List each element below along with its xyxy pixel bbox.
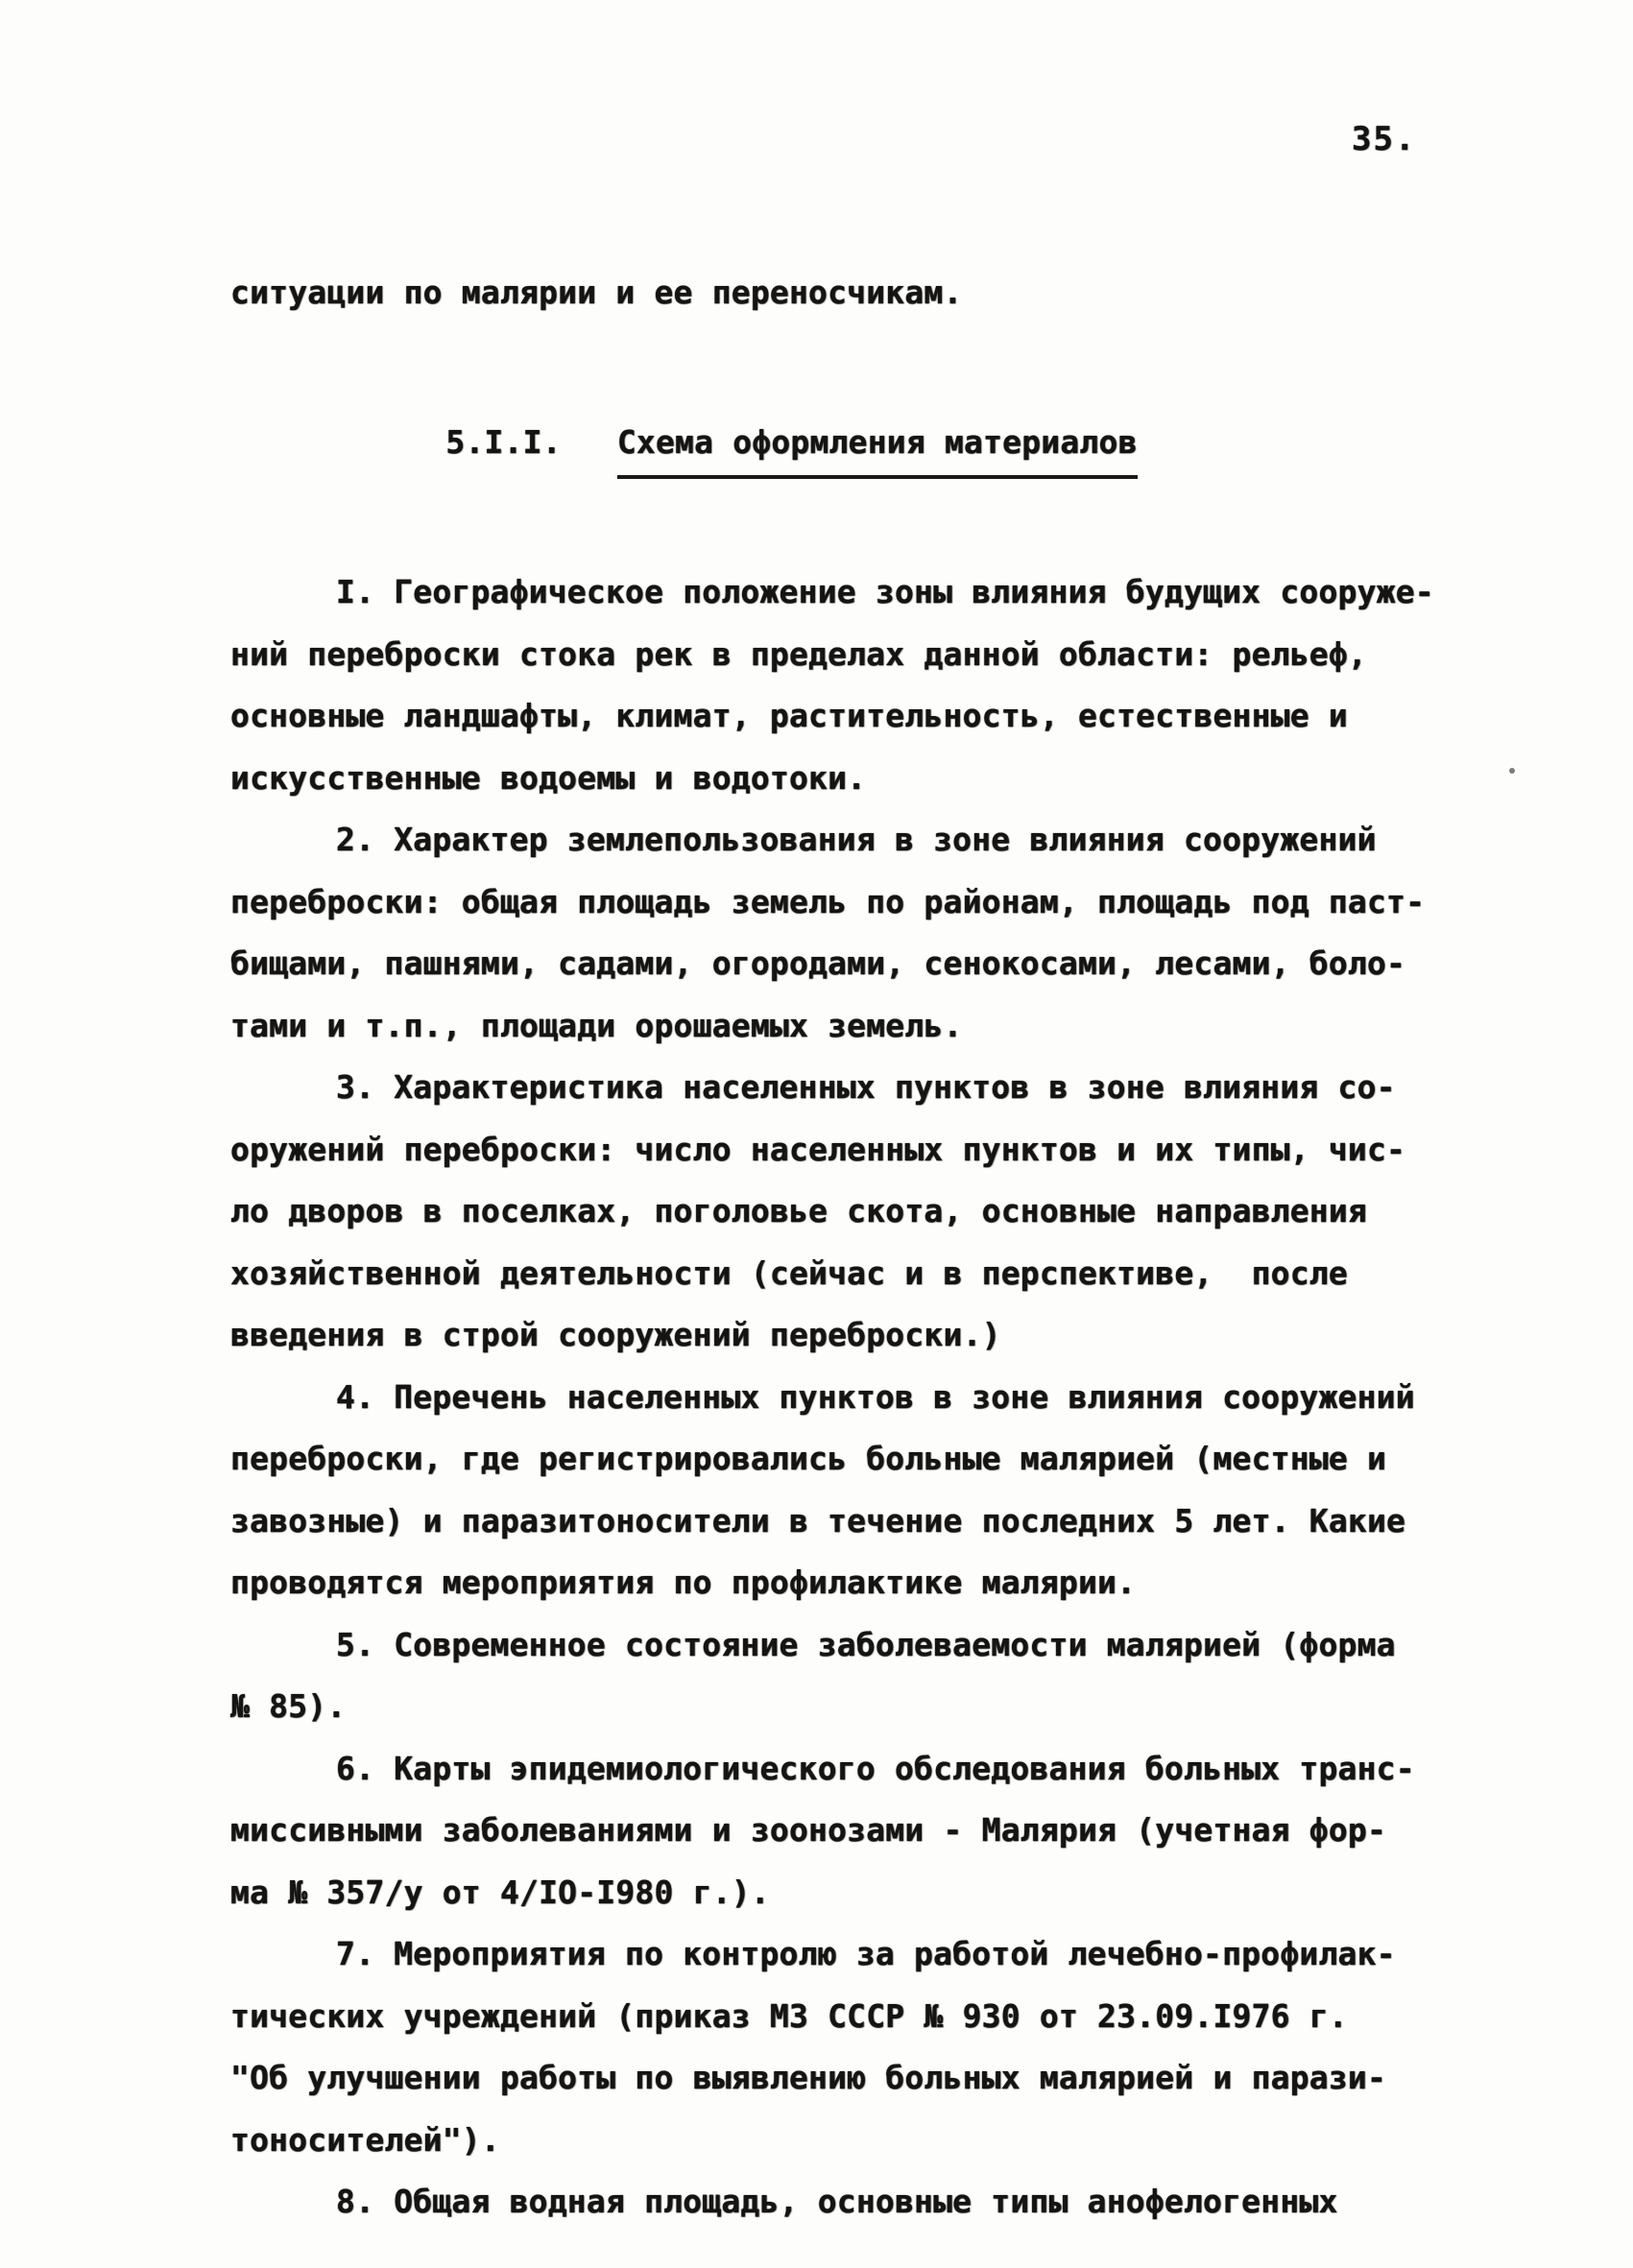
section-number: 5.I.I. bbox=[445, 423, 561, 461]
text-line: 4. Перечень населенных пунктов в зоне вл… bbox=[230, 1367, 1450, 1429]
text-line: 6. Карты эпидемиологического обследовани… bbox=[230, 1738, 1450, 1801]
scan-speck bbox=[543, 1828, 547, 1832]
text-line: ний переброски стока рек в пределах данн… bbox=[230, 624, 1450, 686]
text-line: проводятся мероприятия по профилактике м… bbox=[230, 1552, 1450, 1614]
paragraph-2: 2. Характер землепользования в зоне влия… bbox=[230, 809, 1450, 1057]
page-number: 35. bbox=[1352, 120, 1416, 158]
text-line: основные ландшафты, климат, растительнос… bbox=[230, 685, 1450, 748]
text-line: хозяйственной деятельности (сейчас и в п… bbox=[230, 1243, 1450, 1305]
text-line: ма № 357/у от 4/IO-I980 г.). bbox=[230, 1862, 1450, 1924]
paragraph-7: 7. Мероприятия по контролю за работой ле… bbox=[230, 1923, 1450, 2171]
text-line: бищами, пашнями, садами, огородами, сено… bbox=[230, 933, 1450, 995]
text-line: тами и т.п., площади орошаемых земель. bbox=[230, 995, 1450, 1058]
text-line: завозные) и паразитоносители в течение п… bbox=[230, 1491, 1450, 1553]
text-line: 5. Современное состояние заболеваемости … bbox=[230, 1614, 1450, 1677]
text-line: переброски, где регистрировались больные… bbox=[230, 1428, 1450, 1491]
paragraph-3: 3. Характеристика населенных пунктов в з… bbox=[230, 1057, 1450, 1367]
text-line: 8. Общая водная площадь, основные типы а… bbox=[230, 2171, 1450, 2233]
text-line: искусственные водоемы и водотоки. bbox=[230, 748, 1450, 810]
text-line: ло дворов в поселках, поголовье скота, о… bbox=[230, 1181, 1450, 1243]
continuation-line: ситуации по малярии и ее переносчикам. bbox=[230, 262, 1450, 324]
text-line: "Об улучшении работы по выявлению больны… bbox=[230, 2047, 1450, 2110]
paragraph-4: 4. Перечень населенных пунктов в зоне вл… bbox=[230, 1367, 1450, 1614]
text-line: тоносителей"). bbox=[230, 2110, 1450, 2172]
text-line: введения в строй сооружений переброски.) bbox=[230, 1304, 1450, 1367]
section-heading: 5.I.I.Схема оформления материалов bbox=[230, 350, 1450, 541]
paragraph-6: 6. Карты эпидемиологического обследовани… bbox=[230, 1738, 1450, 1924]
text-line: I. Географическое положение зоны влияния… bbox=[230, 561, 1450, 624]
text-line: 7. Мероприятия по контролю за работой ле… bbox=[230, 1923, 1450, 1986]
section-title: Схема оформления материалов bbox=[617, 412, 1138, 479]
text-line: 2. Характер землепользования в зоне влия… bbox=[230, 809, 1450, 871]
text-line: оружений переброски: число населенных пу… bbox=[230, 1119, 1450, 1182]
text-line: переброски: общая площадь земель по райо… bbox=[230, 871, 1450, 934]
text-line: миссивными заболеваниями и зоонозами - М… bbox=[230, 1800, 1450, 1862]
text-line: № 85). bbox=[230, 1676, 1450, 1738]
text-line: 3. Характеристика населенных пунктов в з… bbox=[230, 1057, 1450, 1119]
scanned-document-page: 35. ситуации по малярии и ее переносчика… bbox=[0, 0, 1633, 2268]
text-line: тических учреждений (приказ МЗ СССР № 93… bbox=[230, 1986, 1450, 2048]
scan-speck bbox=[1509, 768, 1515, 774]
text-body: ситуации по малярии и ее переносчикам. 5… bbox=[230, 262, 1450, 2233]
paragraph-1: I. Географическое положение зоны влияния… bbox=[230, 561, 1450, 809]
paragraph-5: 5. Современное состояние заболеваемости … bbox=[230, 1614, 1450, 1738]
paragraph-8: 8. Общая водная площадь, основные типы а… bbox=[230, 2171, 1450, 2233]
